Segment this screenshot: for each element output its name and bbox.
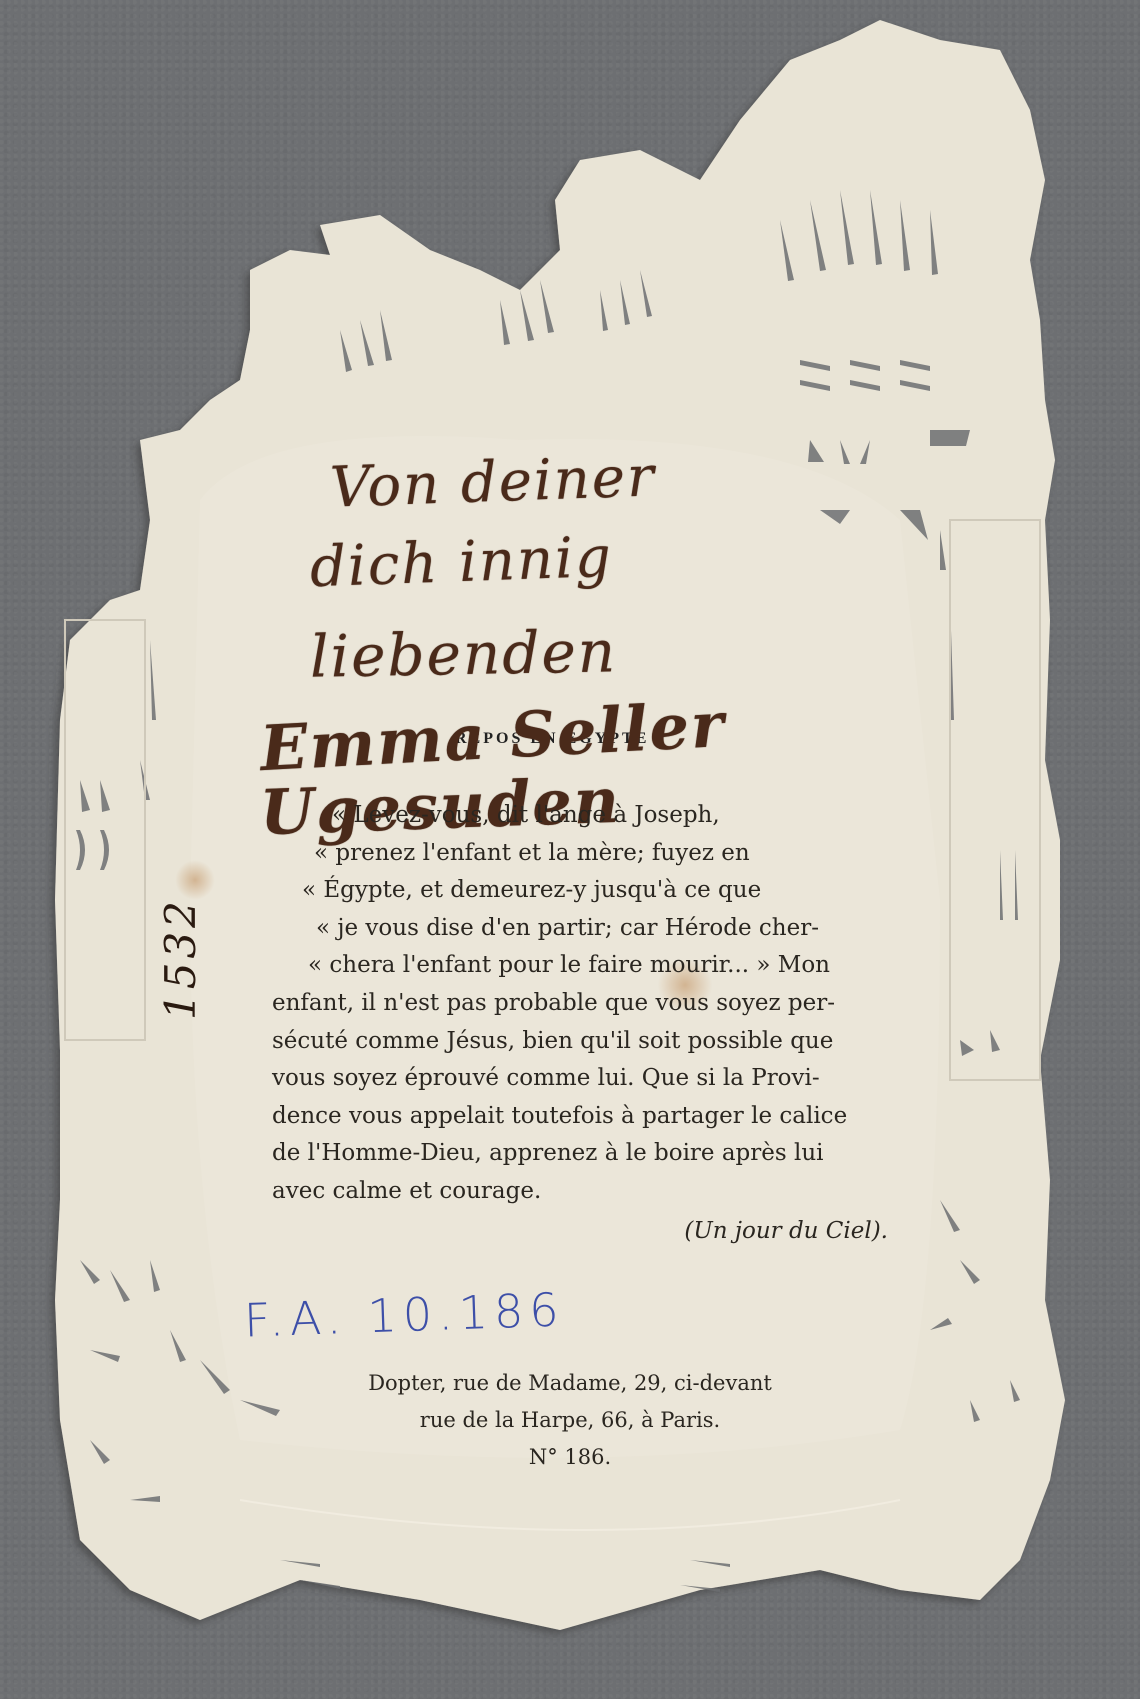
margin-number: 1532 <box>156 897 205 1020</box>
body-line: avec calme et courage. <box>272 1173 902 1211</box>
archive-number: F.A. 10.186 <box>243 1282 565 1347</box>
handwritten-line: liebenden <box>309 617 617 690</box>
source-citation: (Un jour du Ciel). <box>684 1218 888 1244</box>
handwritten-line: dich innig <box>309 525 614 601</box>
body-line: sécuté comme Jésus, bien qu'il soit poss… <box>272 1023 902 1061</box>
body-line: vous soyez éprouvé comme lui. Que si la … <box>272 1060 902 1098</box>
body-line: dence vous appelait toutefois à partager… <box>272 1098 902 1136</box>
publisher-line: rue de la Harpe, 66, à Paris. <box>200 1402 940 1439</box>
body-line: « Levez-vous, dit l'ange à Joseph, <box>272 797 902 835</box>
handwritten-line: Von deiner <box>329 444 657 520</box>
body-text: « Levez-vous, dit l'ange à Joseph, « pre… <box>272 797 902 1211</box>
body-line: de l'Homme-Dieu, apprenez à le boire apr… <box>272 1135 902 1173</box>
card-number: N° 186. <box>200 1439 940 1476</box>
body-line: « je vous dise d'en partir; car Hérode c… <box>272 910 902 948</box>
printed-panel: Von deiner dich innig liebenden REPOS EN… <box>200 430 940 1520</box>
body-line: « Égypte, et demeurez-y jusqu'à ce que <box>272 872 902 910</box>
publisher-imprint: Dopter, rue de Madame, 29, ci-devant rue… <box>200 1365 940 1476</box>
holy-card: Von deiner dich innig liebenden REPOS EN… <box>0 0 1140 1699</box>
publisher-line: Dopter, rue de Madame, 29, ci-devant <box>200 1365 940 1402</box>
body-line: enfant, il n'est pas probable que vous s… <box>272 985 902 1023</box>
body-line: « prenez l'enfant et la mère; fuyez en <box>272 835 902 873</box>
body-line: « chera l'enfant pour le faire mourir...… <box>272 947 902 985</box>
